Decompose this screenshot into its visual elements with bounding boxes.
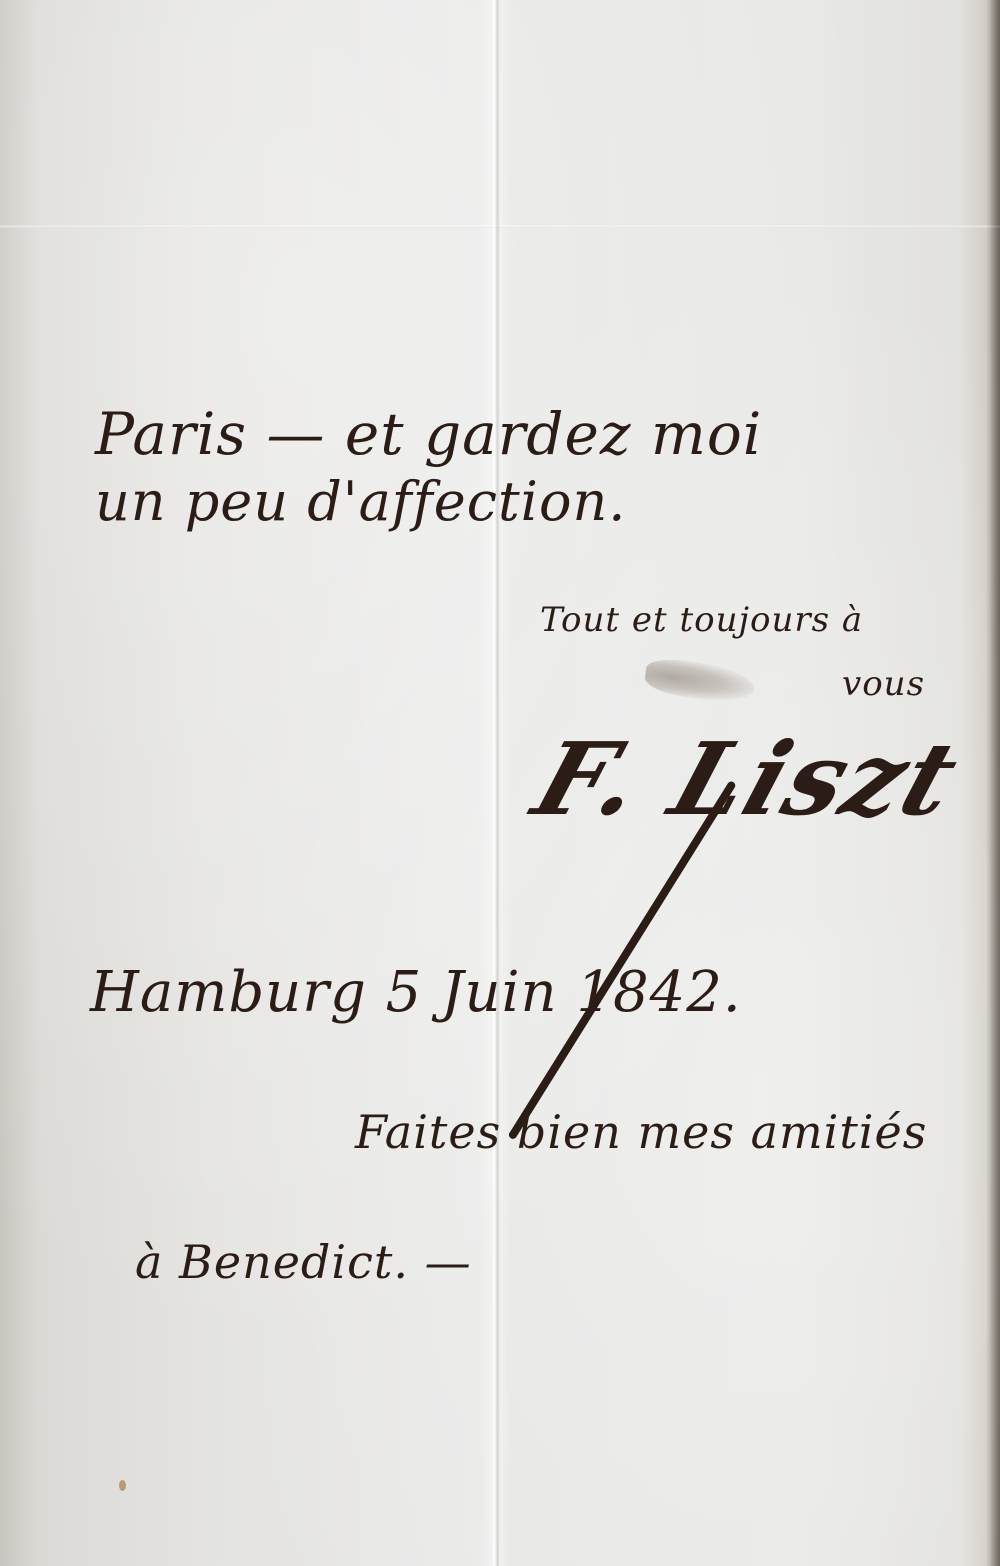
place-date-line: Hamburg 5 Juin 1842.: [90, 960, 742, 1025]
valediction-line-1: Tout et toujours à: [540, 600, 863, 640]
postscript-line-1: Faites bien mes amitiés: [355, 1105, 927, 1159]
foxing-spot: [119, 1480, 126, 1491]
signature: F. Liszt: [521, 720, 973, 838]
letter-paper: Paris — et gardez moi un peu d'affection…: [0, 0, 1000, 1566]
postscript-line-2: à Benedict. —: [135, 1235, 472, 1289]
wax-stain: [643, 656, 757, 707]
valediction-line-2: vous: [842, 664, 925, 704]
fold-crease-horizontal: [0, 225, 1000, 228]
page-edge-shadow: [986, 0, 1000, 1566]
fold-crease-vertical: [492, 0, 500, 1566]
closing-line-1: Paris — et gardez moi: [95, 400, 762, 468]
closing-line-2: un peu d'affection.: [95, 470, 626, 533]
